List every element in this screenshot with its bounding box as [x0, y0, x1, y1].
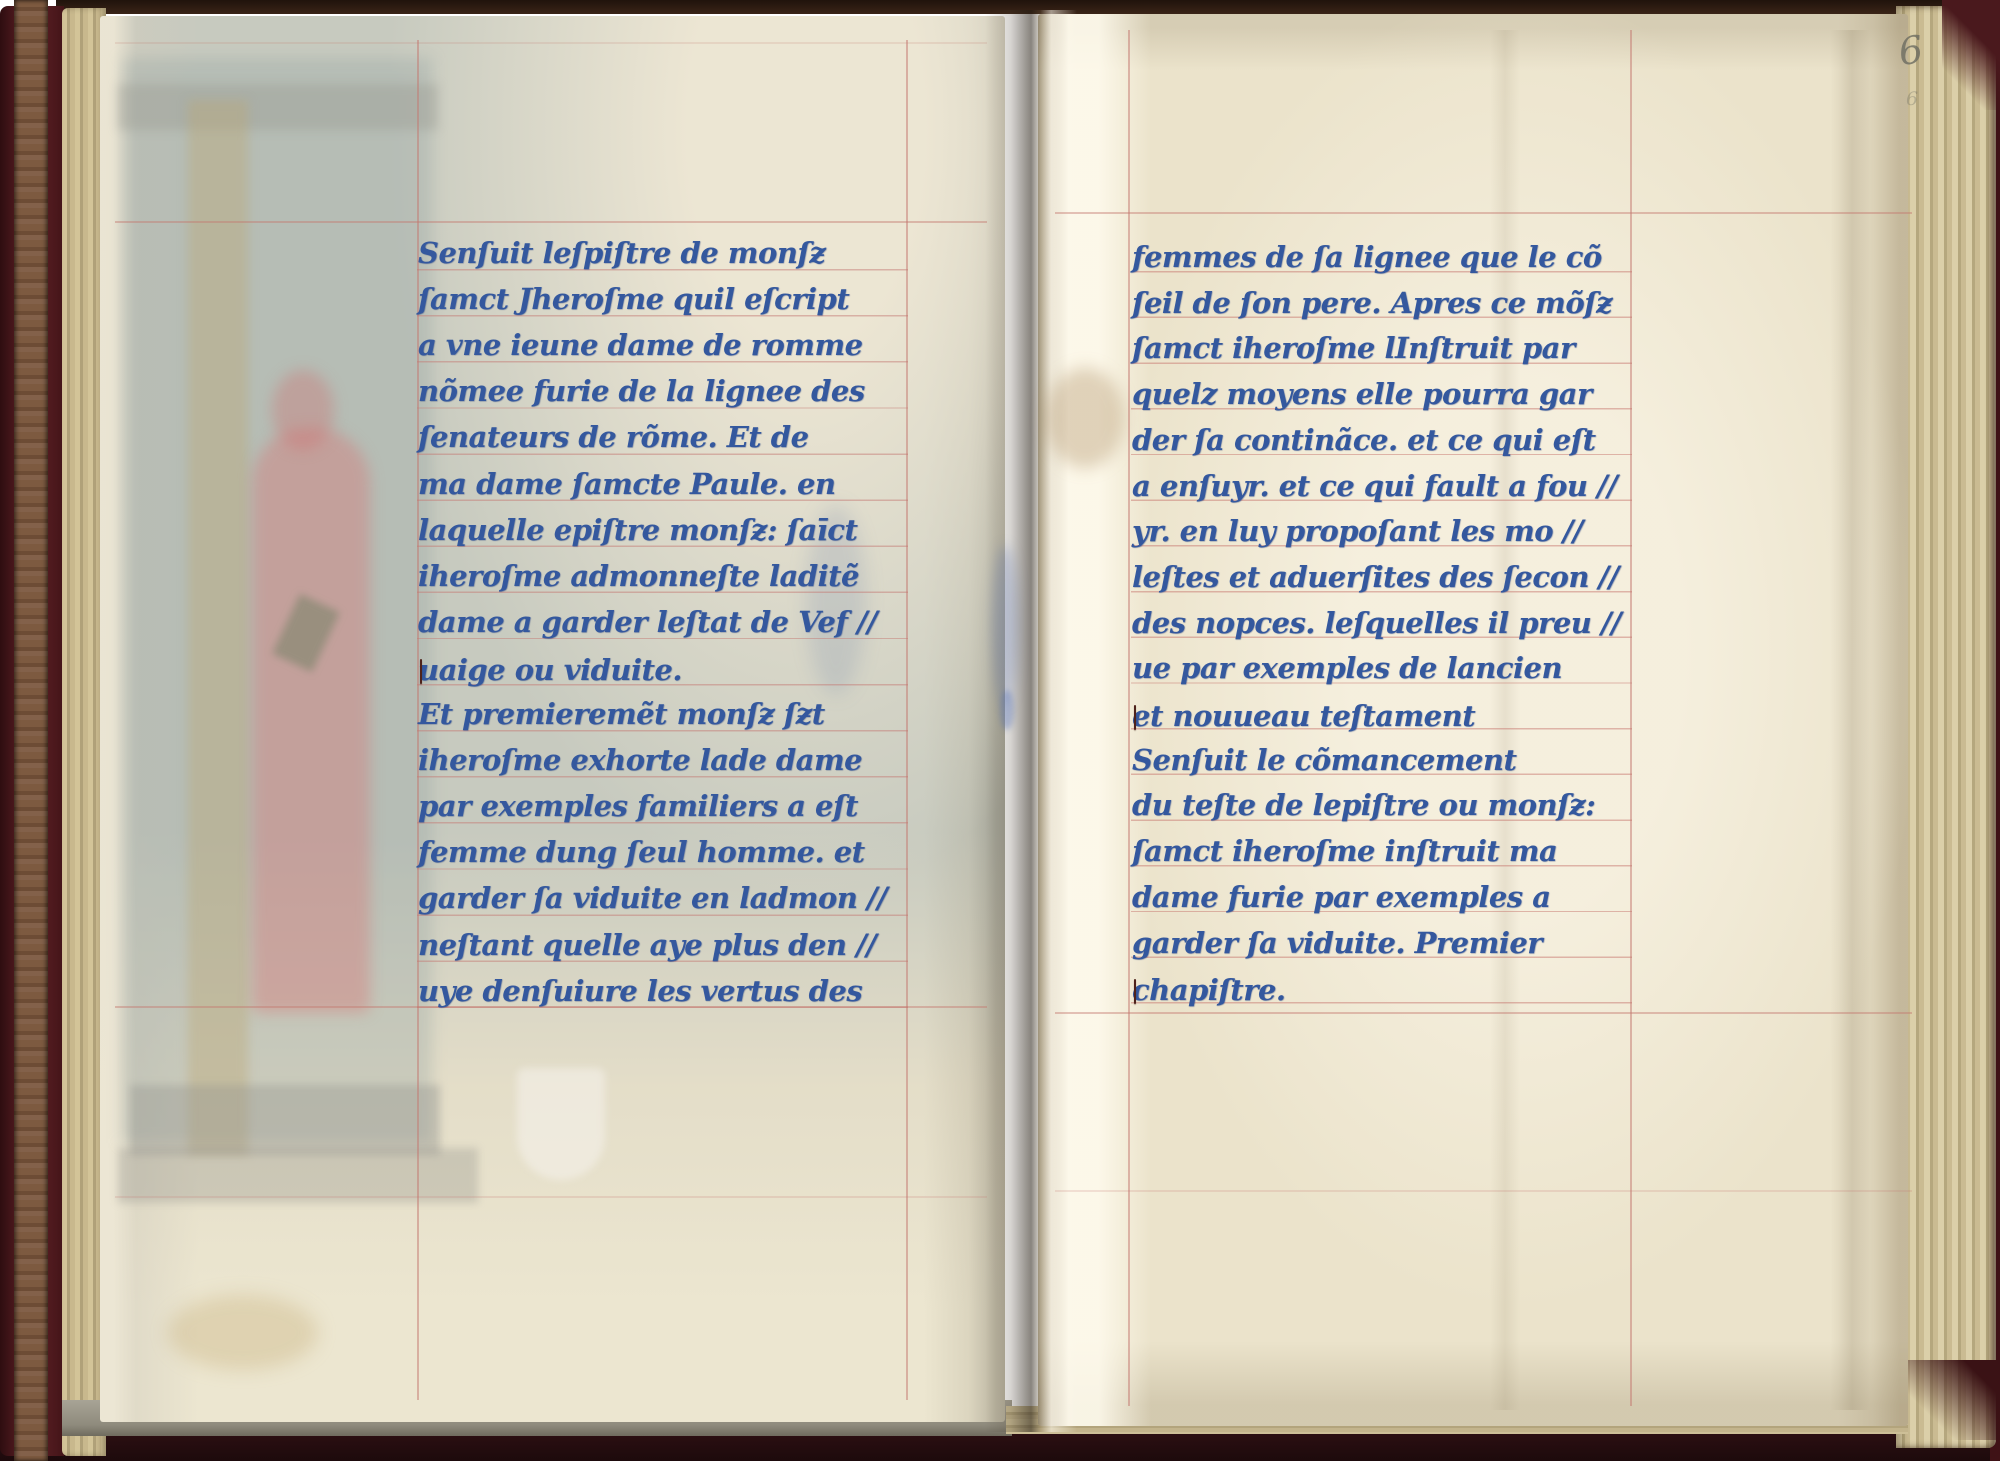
manuscript-line-text: ma dame ſamcte Paule. en: [418, 463, 836, 505]
manuscript-line-text: yr. en luy propoſant les mo //: [1132, 510, 1583, 552]
manuscript-photo: Senſuit leſpiſtre de monſƶſamct Jheroſme…: [0, 0, 2000, 1461]
manuscript-line: dame a garder leſtat de Vef //: [418, 601, 907, 645]
manuscript-line: ma dame ſamcte Paule. en: [418, 463, 907, 507]
manuscript-line-text: des nopces. leſquelles il preu //: [1132, 602, 1621, 644]
gold-line-filler: [1134, 705, 1136, 730]
manuscript-line-text: dame a garder leſtat de Vef //: [418, 601, 877, 643]
ruling-line: [1055, 1190, 1912, 1192]
parchment-stain: [1046, 368, 1124, 468]
manuscript-line: garder ſa viduite en ladmon //: [418, 877, 907, 921]
manuscript-line-text: et nouueau teſtament: [1132, 695, 1475, 737]
manuscript-line-text: iheroſme exhorte lade dame: [418, 739, 862, 781]
left-page-text: Senſuit leſpiſtre de monſƶſamct Jheroſme…: [418, 232, 907, 1032]
page-crease: [1830, 30, 1870, 1410]
binding-strap: [14, 0, 48, 1461]
folio-number-ghost: 6: [1906, 88, 1936, 114]
manuscript-line-text: garder ſa viduite. Premier: [1132, 922, 1542, 964]
ruling-line: [115, 221, 987, 223]
manuscript-line: chapiſtre.: [1132, 967, 1630, 1011]
ruling-line: [115, 42, 987, 44]
showthrough-pedestal: [130, 1085, 440, 1155]
showthrough-figure-head: [272, 370, 334, 450]
manuscript-line: ſeil de ſon pere. Apres ce mõſƶ: [1132, 282, 1630, 326]
manuscript-line: des nopces. leſquelles il preu //: [1132, 602, 1630, 646]
manuscript-line: ſamct Jheroſme quil eſcript: [418, 278, 907, 322]
manuscript-line-text: ſeil de ſon pere. Apres ce mõſƶ: [1132, 282, 1612, 324]
parchment-stain: [168, 1295, 318, 1370]
manuscript-line: ue par exemples de lancien: [1132, 647, 1630, 691]
manuscript-line-text: a vne ieune dame de romme: [418, 324, 863, 366]
manuscript-line-text: uaige ou viduite.: [418, 649, 682, 691]
manuscript-line-text: neſtant quelle aye plus den //: [418, 924, 876, 966]
manuscript-line-text: a enſuyr. et ce qui fault a fou //: [1132, 465, 1617, 507]
book-gutter: [985, 10, 1077, 1432]
manuscript-line-text: du teſte de lepiſtre ou monſƶ:: [1132, 784, 1595, 826]
manuscript-line-text: dame furie par exemples a: [1132, 876, 1550, 918]
manuscript-line-text: ue par exemples de lancien: [1132, 647, 1562, 689]
gold-line-filler: [420, 659, 422, 684]
manuscript-line-text: uye denſuiure les vertus des: [418, 970, 862, 1012]
manuscript-line: Senſuit leſpiſtre de monſƶ: [418, 232, 907, 276]
showthrough-figure: [252, 428, 370, 1013]
gold-line-filler: [1134, 979, 1136, 1004]
manuscript-line: uye denſuiure les vertus des: [418, 970, 907, 1014]
manuscript-line-text: nõmee furie de la lignee des: [418, 370, 865, 412]
manuscript-line: quelz moyens elle pourra gar: [1132, 373, 1630, 417]
manuscript-line: laquelle epiſtre monſƶ: ſaīct: [418, 509, 907, 553]
manuscript-line-text: ſamct iheroſme inſtruit ma: [1132, 830, 1557, 872]
showthrough-column: [188, 100, 248, 1155]
manuscript-line: der ſa continãce. et ce qui eſt: [1132, 419, 1630, 463]
ruling-line: [1630, 30, 1632, 1406]
page-edges-right: [1896, 6, 1996, 1448]
manuscript-line-text: Senſuit leſpiſtre de monſƶ: [418, 232, 825, 274]
manuscript-line-text: ſenateurs de rõme. Et de: [418, 416, 809, 458]
manuscript-line-text: quelz moyens elle pourra gar: [1132, 373, 1592, 415]
manuscript-line: par exemples familiers a eſt: [418, 785, 907, 829]
manuscript-line-text: iheroſme admonneſte laditẽ: [418, 555, 859, 597]
showthrough-pedestal-step: [118, 1148, 478, 1203]
manuscript-line-text: leſtes et aduerſites des ſecon //: [1132, 556, 1619, 598]
manuscript-line: et nouueau teſtament: [1132, 693, 1630, 737]
manuscript-line: Senſuit le cõmancement: [1132, 739, 1630, 783]
manuscript-line: iheroſme exhorte lade dame: [418, 739, 907, 783]
showthrough-shield: [517, 1068, 605, 1180]
manuscript-line: nõmee furie de la lignee des: [418, 370, 907, 414]
ruling-line: [1055, 212, 1912, 214]
manuscript-line: iheroſme admonneſte laditẽ: [418, 555, 907, 599]
manuscript-line-text: femme dung ſeul homme. et: [418, 831, 865, 873]
manuscript-line: Et premieremẽt monſƶ ſƶt: [418, 693, 907, 737]
manuscript-line-text: ſamct Jheroſme quil eſcript: [418, 278, 849, 320]
manuscript-line: leſtes et aduerſites des ſecon //: [1132, 556, 1630, 600]
ruling-line: [115, 1196, 987, 1198]
manuscript-line: ſamct iheroſme inſtruit ma: [1132, 830, 1630, 874]
manuscript-line-text: Senſuit le cõmancement: [1132, 739, 1516, 781]
manuscript-line-text: Et premieremẽt monſƶ ſƶt: [418, 693, 825, 735]
manuscript-line: a vne ieune dame de romme: [418, 324, 907, 368]
right-page-text: femmes de ſa lignee que le cõſeil de ſon…: [1132, 236, 1630, 1031]
manuscript-line: yr. en luy propoſant les mo //: [1132, 510, 1630, 554]
ink-smudge: [992, 545, 1018, 705]
showthrough-lintel: [118, 84, 438, 130]
manuscript-line-text: garder ſa viduite en ladmon //: [418, 877, 887, 919]
manuscript-line: femmes de ſa lignee que le cõ: [1132, 236, 1630, 280]
manuscript-line: a enſuyr. et ce qui fault a fou //: [1132, 465, 1630, 509]
manuscript-line: femme dung ſeul homme. et: [418, 831, 907, 875]
folio-number: 6: [1896, 22, 1962, 80]
manuscript-line: dame furie par exemples a: [1132, 876, 1630, 920]
ruling-line: [1128, 30, 1130, 1406]
manuscript-line-text: femmes de ſa lignee que le cõ: [1132, 236, 1602, 278]
manuscript-line: garder ſa viduite. Premier: [1132, 922, 1630, 966]
manuscript-line: ſamct iheroſme lInſtruit par: [1132, 327, 1630, 371]
manuscript-line: neſtant quelle aye plus den //: [418, 924, 907, 968]
velvet-binding-bottom: [0, 1432, 2000, 1461]
manuscript-line-text: der ſa continãce. et ce qui eſt: [1132, 419, 1596, 461]
ink-smudge: [1000, 690, 1014, 730]
manuscript-line-text: laquelle epiſtre monſƶ: ſaīct: [418, 509, 857, 551]
manuscript-line: du teſte de lepiſtre ou monſƶ:: [1132, 784, 1630, 828]
manuscript-line-text: par exemples familiers a eſt: [418, 785, 858, 827]
manuscript-line: uaige ou viduite.: [418, 647, 907, 691]
manuscript-line-text: ſamct iheroſme lInſtruit par: [1132, 327, 1575, 369]
manuscript-line: ſenateurs de rõme. Et de: [418, 416, 907, 460]
manuscript-line-text: chapiſtre.: [1132, 969, 1286, 1011]
velvet-corner-bottom-right: [1900, 1360, 2000, 1440]
